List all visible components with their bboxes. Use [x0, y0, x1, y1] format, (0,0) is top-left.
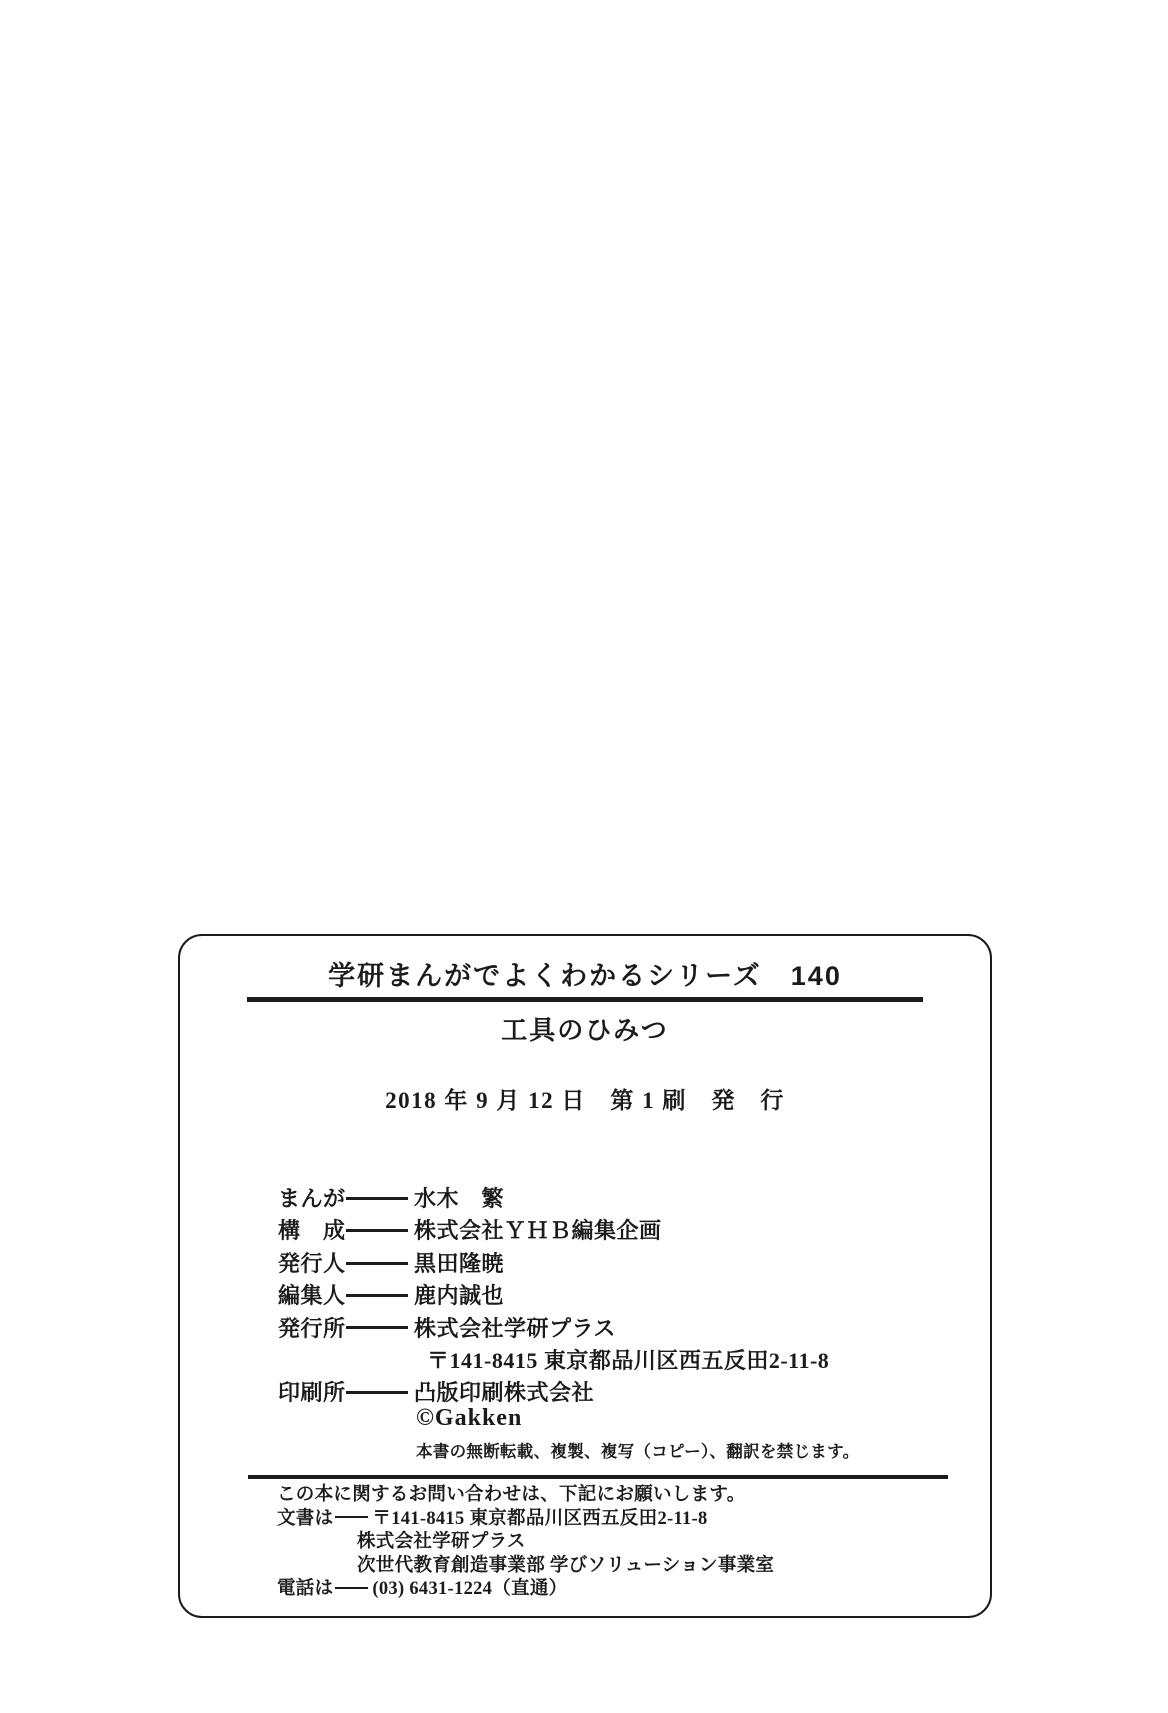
series-title: 学研まんがでよくわかるシリーズ 140 [180, 954, 990, 993]
contact-division: 次世代教育創造事業部 学びソリューション事業室 [357, 1556, 774, 1576]
contact-mail-label: 文書は [277, 1508, 333, 1532]
colophon-page: 学研まんがでよくわかるシリーズ 140 工具のひみつ 2018 年 9 月 12… [0, 0, 1168, 1713]
contact-phone-label: 電話は [277, 1578, 333, 1602]
credit-row-hakkonin: 発行人黒田隆暁 [278, 1248, 829, 1280]
credit-row-henshunin: 編集人鹿内誠也 [278, 1280, 829, 1312]
publisher-address: 〒141-8415 東京都品川区西五反田2-11-8 [427, 1348, 829, 1373]
contact-mail-address: 〒141-8415 東京都品川区西五反田2-11-8 [372, 1509, 707, 1529]
credit-role-label: 構 成 [278, 1215, 346, 1247]
credit-dash-line [346, 1229, 408, 1232]
credit-row-manga: まんが水木 繁 [278, 1183, 829, 1215]
credit-dash-line [346, 1326, 408, 1329]
credit-dash-line [346, 1294, 408, 1297]
credit-value: 株式会社学研プラス [414, 1316, 616, 1341]
credit-dash-line [346, 1262, 408, 1265]
rights-notice: 本書の無断転載、複製、複写（コピー）、翻訳を禁じます。 [416, 1438, 859, 1462]
colophon-box: 学研まんがでよくわかるシリーズ 140 工具のひみつ 2018 年 9 月 12… [178, 934, 992, 1618]
contact-dash-line [335, 1516, 368, 1519]
credit-role-label: 発行所 [278, 1313, 346, 1345]
credit-value: 黒田隆暁 [414, 1251, 504, 1276]
credit-role-label: 印刷所 [278, 1377, 346, 1409]
contact-row-phone: 電話は(03) 6431-1224（直通） [277, 1578, 774, 1602]
credit-row-hakkosho: 発行所株式会社学研プラス [278, 1313, 829, 1345]
edition-date: 2018 年 9 月 12 日 第 1 刷 発 行 [180, 1082, 990, 1115]
contact-row-division: 次世代教育創造事業部 学びソリューション事業室 [277, 1555, 774, 1579]
contact-intro: この本に関するお問い合わせは、下記にお願いします。 [277, 1484, 774, 1508]
credit-role-label: 編集人 [278, 1280, 346, 1312]
credits-block: まんが水木 繁 構 成株式会社ＹＨＢ編集企画 発行人黒田隆暁 編集人鹿内誠也 発… [278, 1183, 829, 1410]
credit-row-kousei: 構 成株式会社ＹＨＢ編集企画 [278, 1215, 829, 1247]
contact-phone-number: (03) 6431-1224（直通） [372, 1579, 567, 1599]
contact-block: この本に関するお問い合わせは、下記にお願いします。 文書は〒141-8415 東… [277, 1484, 774, 1602]
credit-dash-line [346, 1391, 408, 1394]
credit-row-insatsusho: 印刷所凸版印刷株式会社 [278, 1377, 829, 1409]
credit-value: 鹿内誠也 [414, 1283, 504, 1308]
contact-divider-line [248, 1475, 948, 1479]
title-rule-line [247, 997, 923, 1002]
credit-row-publisher-address: 〒141-8415 東京都品川区西五反田2-11-8 [278, 1345, 829, 1377]
credit-role-label: まんが [278, 1183, 346, 1215]
copyright-notice: ©Gakken [416, 1405, 522, 1432]
contact-row-company: 株式会社学研プラス [277, 1531, 774, 1555]
contact-row-mail: 文書は〒141-8415 東京都品川区西五反田2-11-8 [277, 1508, 774, 1532]
credit-value: 株式会社ＹＨＢ編集企画 [414, 1218, 662, 1243]
credit-dash-line [346, 1197, 408, 1200]
contact-company: 株式会社学研プラス [357, 1532, 526, 1552]
contact-dash-line [335, 1587, 368, 1590]
credit-value: 凸版印刷株式会社 [414, 1380, 594, 1405]
credit-value: 水木 繁 [414, 1186, 504, 1211]
book-title: 工具のひみつ [180, 1010, 990, 1047]
credit-role-label: 発行人 [278, 1248, 346, 1280]
